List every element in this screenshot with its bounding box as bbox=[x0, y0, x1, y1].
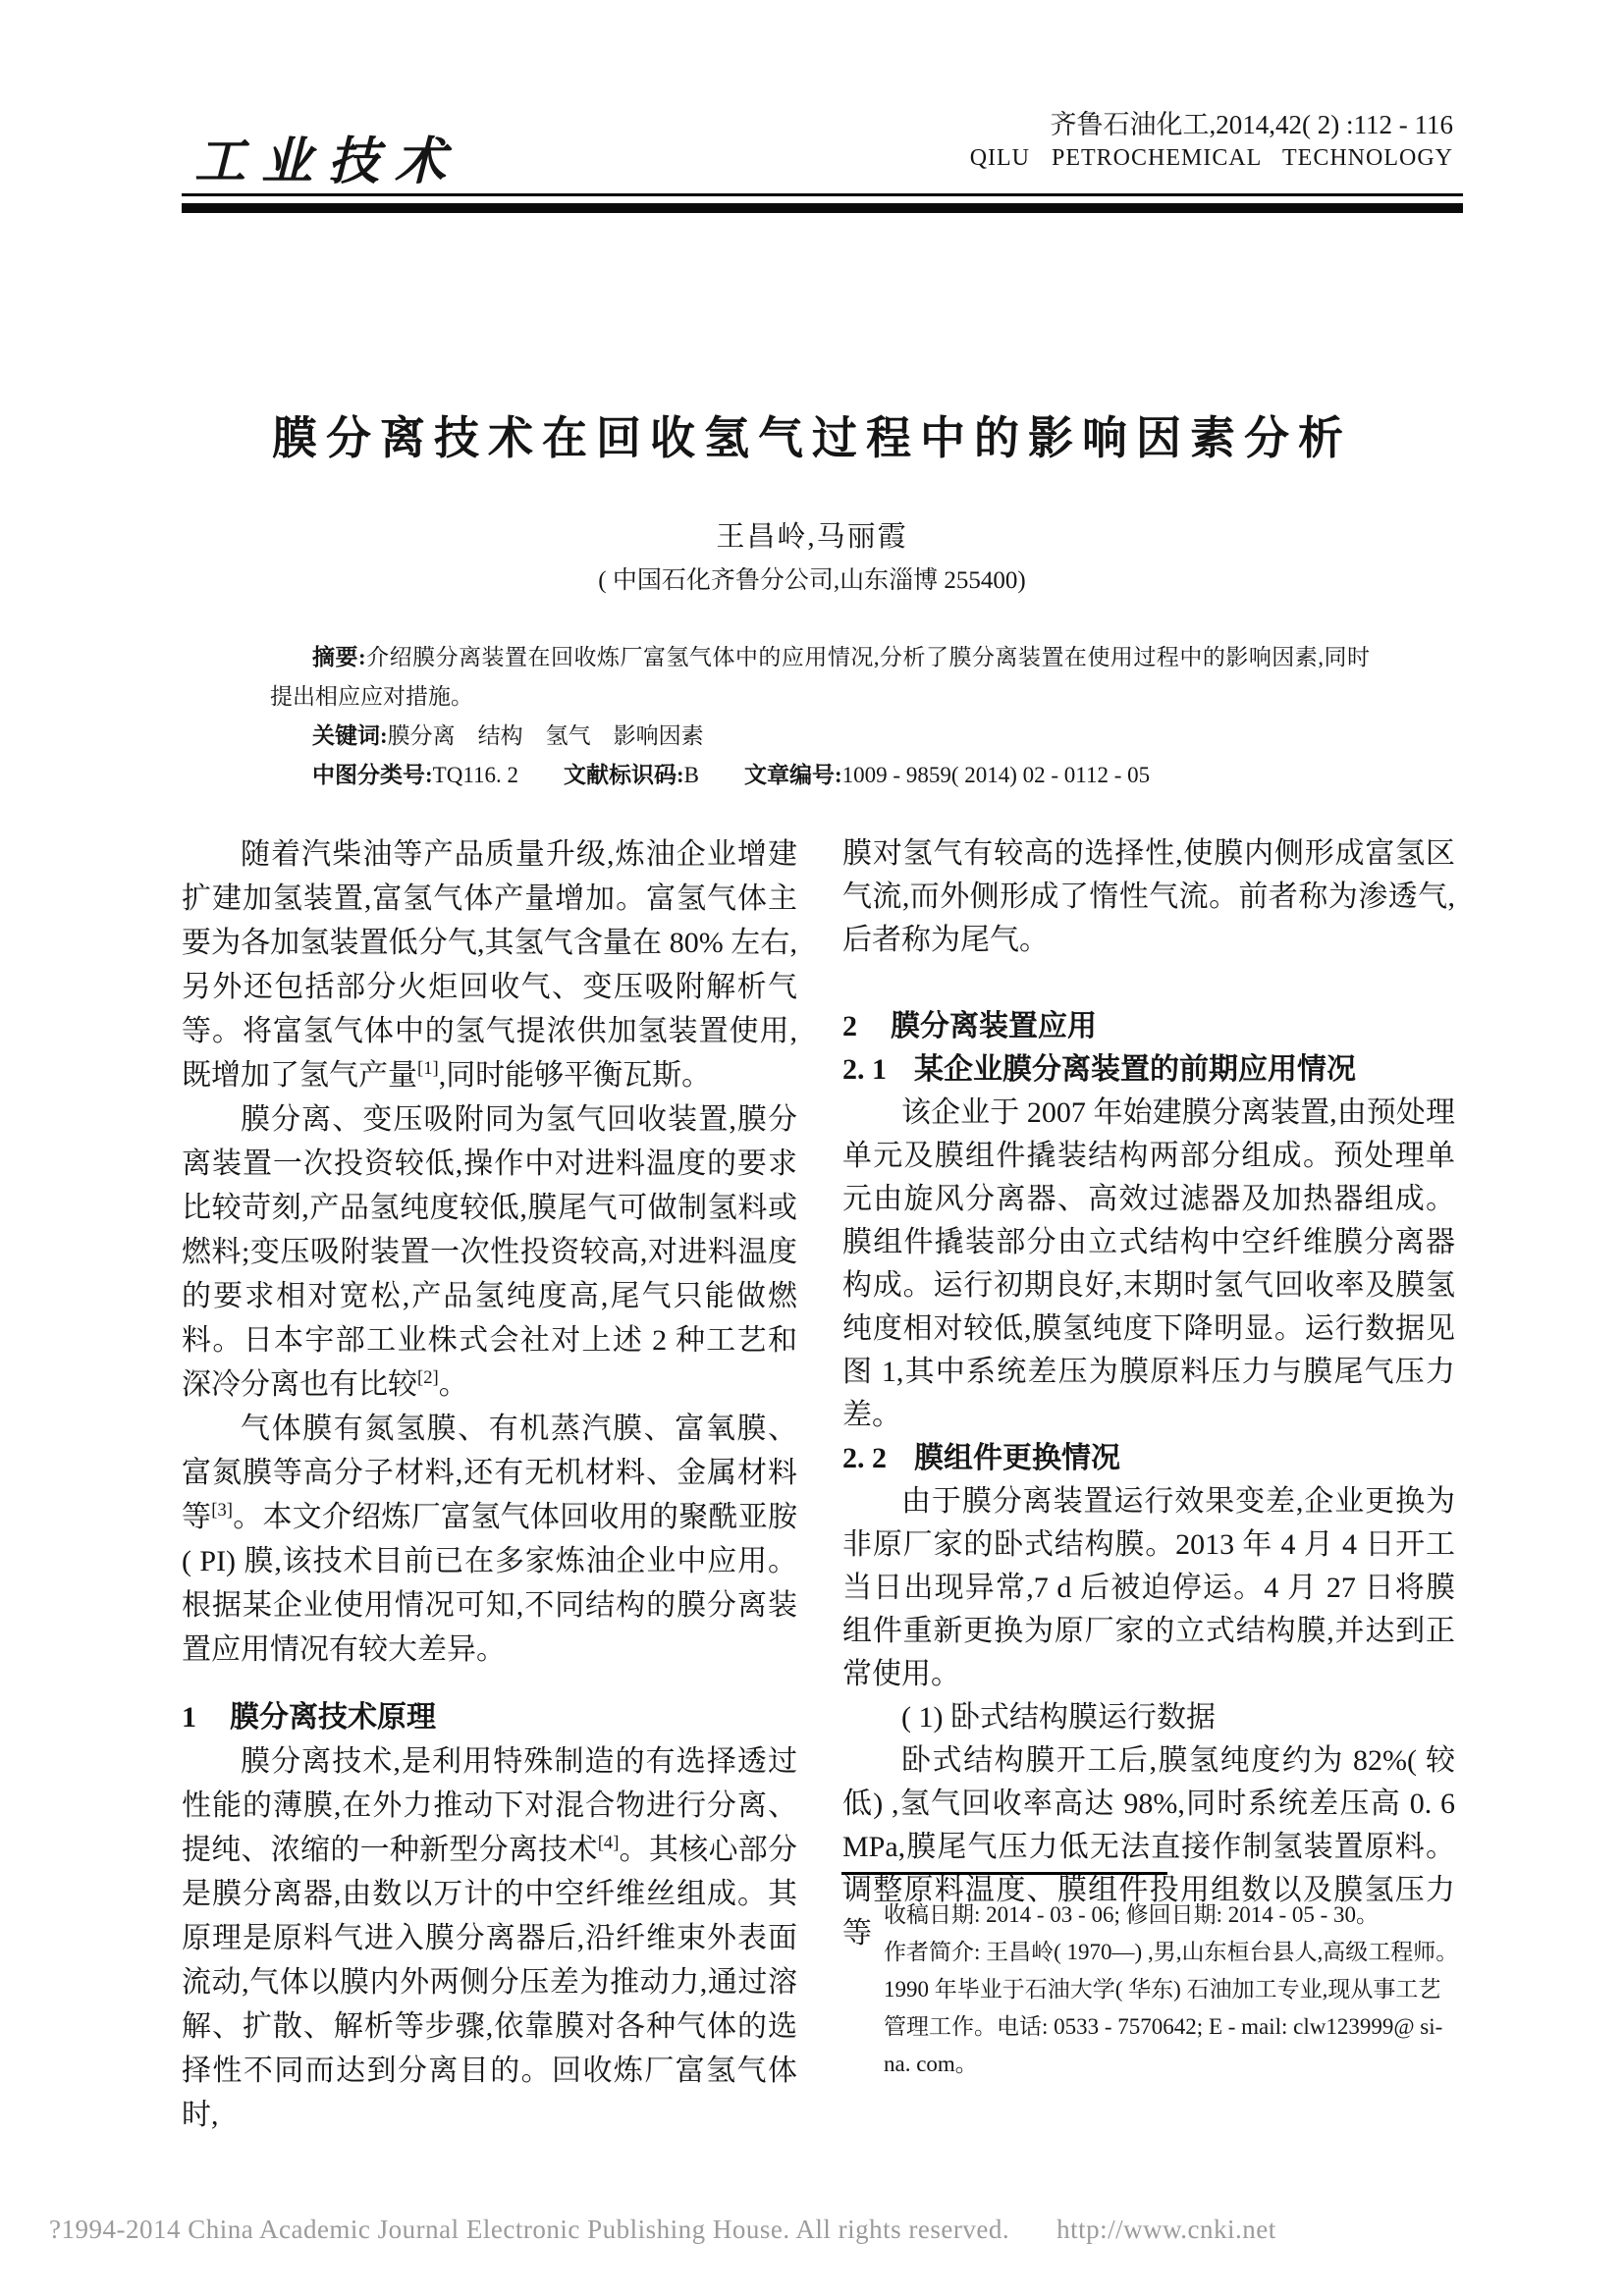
right-column: 膜对氢气有较高的选择性,使膜内侧形成富氢区气流,而外侧形成了惰性气流。前者称为渗… bbox=[842, 832, 1455, 1955]
journal-scan-page: 工业技术 齐鲁石油化工,2014,42( 2) :112 - 116 QILU … bbox=[0, 0, 1624, 2296]
section-2-2-number: 2. 2 bbox=[842, 1442, 887, 1474]
article-id-label: 文章编号: bbox=[744, 763, 842, 787]
abstract-block: 摘要:介绍膜分离装置在回收炼厂富氢气体中的应用情况,分析了膜分离装置在使用过程中… bbox=[270, 638, 1370, 795]
clc-value: TQ116. 2 bbox=[433, 763, 518, 787]
journal-citation-cn: 齐鲁石油化工,2014,42( 2) :112 - 116 bbox=[970, 108, 1453, 142]
section-2-1-heading: 2. 1某企业膜分离装置的前期应用情况 bbox=[842, 1048, 1455, 1092]
doc-code-label: 文献标识码: bbox=[564, 763, 684, 787]
left-column: 随着汽柴油等产品质量升级,炼油企业增建扩建加氢装置,富氢气体产量增加。富氢气体主… bbox=[182, 832, 797, 2137]
section-2-1-paragraph: 该企业于 2007 年始建膜分离装置,由预处理单元及膜组件撬装结构两部分组成。预… bbox=[842, 1092, 1455, 1437]
section-2-number: 2 bbox=[842, 1010, 857, 1042]
copyright-text: ?1994-2014 China Academic Journal Electr… bbox=[49, 2215, 1009, 2244]
keywords-label: 关键词: bbox=[312, 723, 388, 748]
section-2-heading: 2膜分离装置应用 bbox=[842, 1005, 1455, 1048]
footnote-lines: 收稿日期: 2014 - 03 - 06; 修回日期: 2014 - 05 - … bbox=[841, 1896, 1455, 2083]
header-rule-thick bbox=[182, 203, 1463, 213]
intro-paragraph-1: 随着汽柴油等产品质量升级,炼油企业增建扩建加氢装置,富氢气体产量增加。富氢气体主… bbox=[182, 832, 797, 1097]
section-2-2-heading: 2. 2膜组件更换情况 bbox=[842, 1437, 1455, 1480]
header-rule-thin bbox=[182, 193, 1463, 196]
cnki-url: http://www.cnki.net bbox=[1056, 2215, 1276, 2244]
abstract-paragraph: 摘要:介绍膜分离装置在回收炼厂富氢气体中的应用情况,分析了膜分离装置在使用过程中… bbox=[270, 638, 1370, 717]
section-1-title: 膜分离技术原理 bbox=[230, 1701, 436, 1734]
article-title: 膜分离技术在回收氢气过程中的影响因素分析 bbox=[174, 402, 1450, 467]
article-affiliation: ( 中国石化齐鲁分公司,山东淄博 255400) bbox=[174, 561, 1450, 596]
footnote-received-date: 收稿日期: 2014 - 03 - 06; 修回日期: 2014 - 05 - … bbox=[884, 1896, 1455, 1934]
footnote-author-bio-line-3: 管理工作。电话: 0533 - 7570642; E - mail: clw12… bbox=[884, 2008, 1455, 2046]
footnote-block: 收稿日期: 2014 - 03 - 06; 修回日期: 2014 - 05 - … bbox=[841, 1872, 1455, 2083]
section-1-number: 1 bbox=[182, 1701, 196, 1734]
footnote-author-bio-line-4: na. com。 bbox=[884, 2046, 1455, 2083]
footnote-rule bbox=[841, 1872, 1167, 1875]
section-2-2-subitem: ( 1) 卧式结构膜运行数据 bbox=[842, 1696, 1455, 1739]
article-authors: 王昌岭,马丽霞 bbox=[174, 514, 1450, 555]
journal-citation-block: 齐鲁石油化工,2014,42( 2) :112 - 116 QILU PETRO… bbox=[970, 108, 1453, 175]
continued-paragraph: 膜对氢气有较高的选择性,使膜内侧形成富氢区气流,而外侧形成了惰性气流。前者称为渗… bbox=[842, 832, 1455, 962]
section-2-1-number: 2. 1 bbox=[842, 1053, 887, 1086]
section-2-1-title: 某企业膜分离装置的前期应用情况 bbox=[914, 1053, 1356, 1086]
footnote-author-bio-line-1: 作者简介: 王昌岭( 1970—) ,男,山东桓台县人,高级工程师。 bbox=[884, 1934, 1455, 1971]
intro-paragraph-2: 膜分离、变压吸附同为氢气回收装置,膜分离装置一次投资较低,操作中对进料温度的要求… bbox=[182, 1097, 797, 1407]
section-1-heading: 1膜分离技术原理 bbox=[182, 1695, 797, 1739]
doc-code-value: B bbox=[684, 763, 699, 787]
section-2-2-paragraph-1: 由于膜分离装置运行效果变差,企业更换为非原厂家的卧式结构膜。2013 年 4 月… bbox=[842, 1480, 1455, 1696]
abstract-text: 介绍膜分离装置在回收炼厂富氢气体中的应用情况,分析了膜分离装置在使用过程中的影响… bbox=[270, 645, 1370, 709]
column-section-label: 工业技术 bbox=[194, 120, 461, 193]
clc-label: 中图分类号: bbox=[312, 763, 433, 787]
section-2-title: 膜分离装置应用 bbox=[891, 1010, 1097, 1042]
keywords-line: 关键词:膜分离 结构 氢气 影响因素 bbox=[270, 717, 1370, 756]
cnki-copyright-footer: ?1994-2014 China Academic Journal Electr… bbox=[49, 2215, 1276, 2245]
article-id-value: 1009 - 9859( 2014) 02 - 0112 - 05 bbox=[842, 763, 1150, 787]
footnote-author-bio-line-2: 1990 年毕业于石油大学( 华东) 石油加工专业,现从事工艺 bbox=[884, 1971, 1455, 2008]
journal-citation-en: QILU PETROCHEMICAL TECHNOLOGY bbox=[970, 142, 1453, 175]
section-1-paragraph: 膜分离技术,是利用特殊制造的有选择透过性能的薄膜,在外力推动下对混合物进行分离、… bbox=[182, 1739, 797, 2137]
section-2-2-title: 膜组件更换情况 bbox=[914, 1442, 1120, 1474]
intro-paragraph-3: 气体膜有氮氢膜、有机蒸汽膜、富氧膜、富氮膜等高分子材料,还有无机材料、金属材料等… bbox=[182, 1407, 797, 1672]
keywords-list: 膜分离 结构 氢气 影响因素 bbox=[388, 723, 704, 748]
abstract-label: 摘要: bbox=[312, 645, 366, 669]
classification-line: 中图分类号:TQ116. 2文献标识码:B文章编号:1009 - 9859( 2… bbox=[270, 756, 1370, 795]
